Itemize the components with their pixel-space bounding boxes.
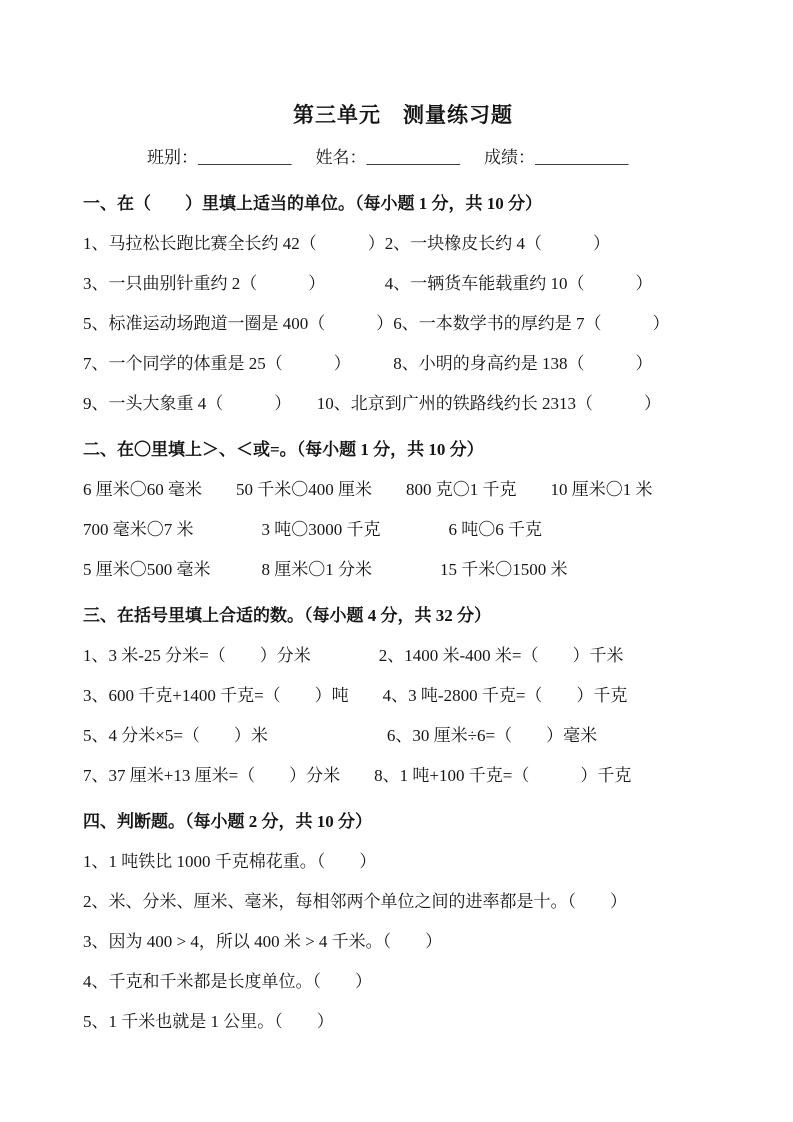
section-2: 二、在〇里填上＞、＜或=。（每小题 1 分，共 10 分） 6 厘米〇60 毫米… (83, 430, 723, 590)
section-4-line-3: 3、因为 400 > 4，所以 400 米 > 4 千米。（ ） (83, 922, 723, 962)
class-blank: ___________ (198, 138, 292, 178)
section-2-line-2: 700 毫米〇7 米 3 吨〇3000 千克 6 吨〇6 千克 (83, 510, 723, 550)
section-4: 四、判断题。（每小题 2 分，共 10 分） 1、1 吨铁比 1000 千克棉花… (83, 802, 723, 1042)
section-1-line-2: 3、一只曲别针重约 2（ ） 4、一辆货车能载重约 10（ ） (83, 264, 723, 304)
section-1-line-5: 9、一头大象重 4（ ） 10、北京到广州的铁路线约长 2313（ ） (83, 384, 723, 424)
section-4-line-5: 5、1 千米也就是 1 公里。（ ） (83, 1002, 723, 1042)
section-2-line-3: 5 厘米〇500 毫米 8 厘米〇1 分米 15 千米〇1500 米 (83, 550, 723, 590)
name-label: 姓名： (316, 148, 367, 167)
section-4-line-2: 2、米、分米、厘米、毫米，每相邻两个单位之间的进率都是十。（ ） (83, 882, 723, 922)
section-1-header: 一、在（ ）里填上适当的单位。（每小题 1 分，共 10 分） (83, 184, 723, 224)
section-3-line-1: 1、3 米-25 分米=（ ）分米 2、1400 米-400 米=（ ）千米 (83, 636, 723, 676)
section-2-line-1: 6 厘米〇60 毫米 50 千米〇400 厘米 800 克〇1 千克 10 厘米… (83, 470, 723, 510)
section-2-header: 二、在〇里填上＞、＜或=。（每小题 1 分，共 10 分） (83, 430, 723, 470)
section-3-line-4: 7、37 厘米+13 厘米=（ ）分米 8、1 吨+100 千克=（ ）千克 (83, 756, 723, 796)
section-4-header: 四、判断题。（每小题 2 分，共 10 分） (83, 802, 723, 842)
section-4-line-1: 1、1 吨铁比 1000 千克棉花重。（ ） (83, 842, 723, 882)
name-blank: ___________ (367, 138, 461, 178)
section-3-line-2: 3、600 千克+1400 千克=（ ）吨 4、3 吨-2800 千克=（ ）千… (83, 676, 723, 716)
section-1-line-3: 5、标准运动场跑道一圈是 400（ ）6、一本数学书的厚约是 7（ ） (83, 304, 723, 344)
section-1: 一、在（ ）里填上适当的单位。（每小题 1 分，共 10 分） 1、马拉松长跑比… (83, 184, 723, 424)
worksheet-page: 第三单元 测量练习题 班别：___________姓名：___________成… (0, 0, 793, 1122)
section-3-line-3: 5、4 分米×5=（ ）米 6、30 厘米÷6=（ ）毫米 (83, 716, 723, 756)
page-title: 第三单元 测量练习题 (83, 92, 723, 138)
score-label: 成绩： (484, 148, 535, 167)
section-3-header: 三、在括号里填上合适的数。（每小题 4 分，共 32 分） (83, 596, 723, 636)
class-label: 班别： (147, 148, 198, 167)
score-blank: ___________ (535, 138, 629, 178)
section-3: 三、在括号里填上合适的数。（每小题 4 分，共 32 分） 1、3 米-25 分… (83, 596, 723, 796)
student-info-line: 班别：___________姓名：___________成绩：_________… (83, 138, 723, 178)
section-4-line-4: 4、千克和千米都是长度单位。（ ） (83, 962, 723, 1002)
section-1-line-1: 1、马拉松长跑比赛全长约 42（ ）2、一块橡皮长约 4（ ） (83, 224, 723, 264)
section-1-line-4: 7、一个同学的体重是 25（ ） 8、小明的身高约是 138（ ） (83, 344, 723, 384)
